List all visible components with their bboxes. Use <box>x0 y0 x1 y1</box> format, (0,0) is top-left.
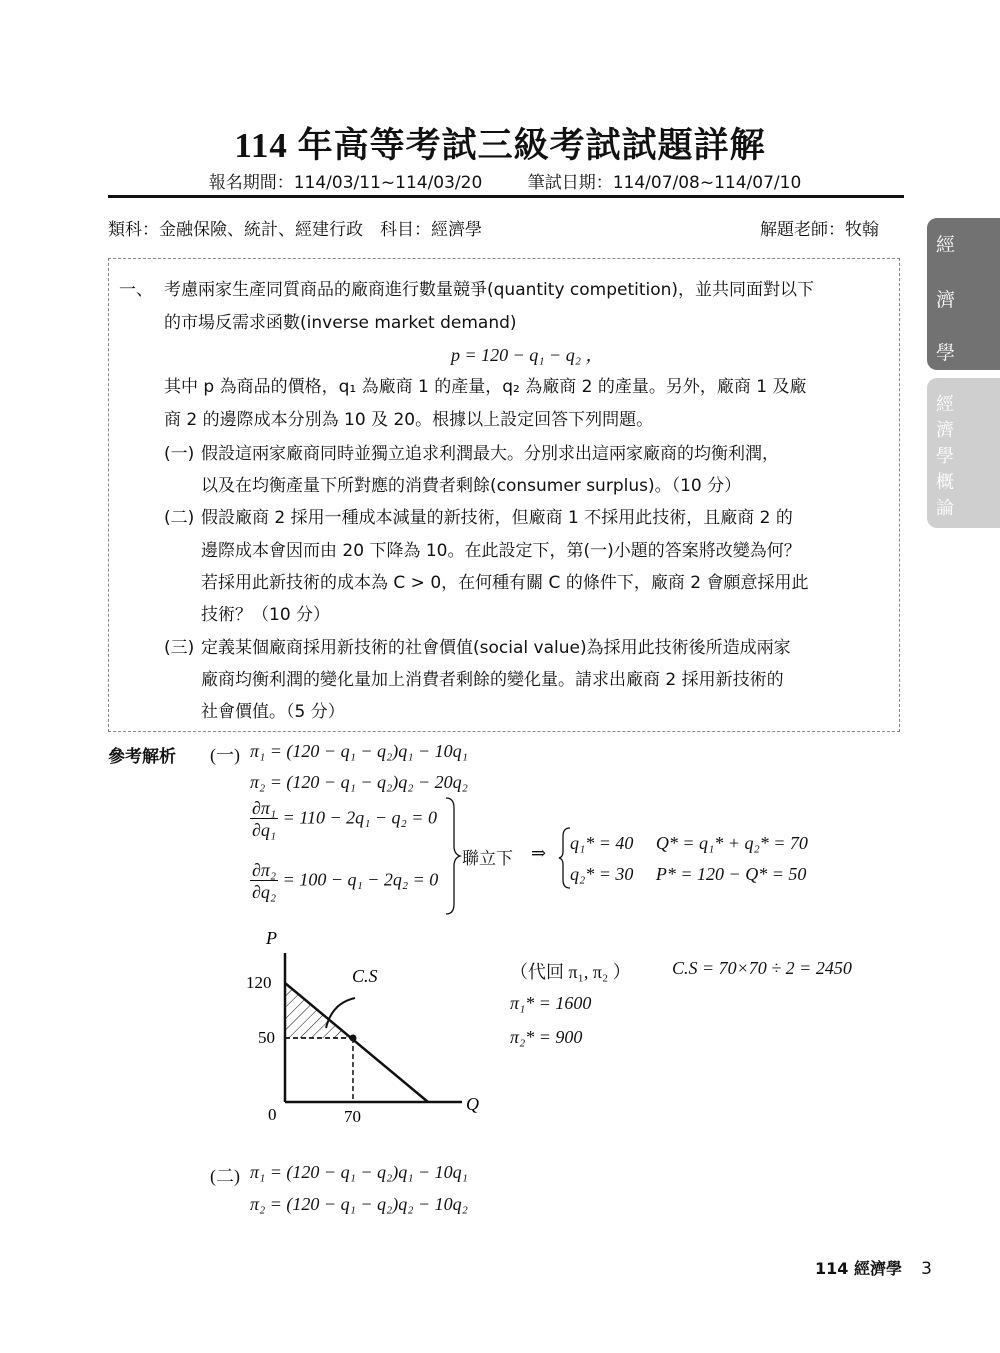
right-brace-icon <box>444 796 462 916</box>
part-text: 若採用此新技術的成本為 C > 0，在何種有關 C 的條件下，廠商 2 會願意採… <box>201 568 808 593</box>
part-text: 廠商均衡利潤的變化量加上消費者剩餘的變化量。請求出廠商 2 採用新技術的 <box>201 665 784 690</box>
cs-formula: C.S = 70×70 ÷ 2 = 2450 <box>672 958 852 979</box>
implies-arrow-icon: ⇒ <box>531 843 546 864</box>
equilibrium-result-1: q₁* = 40 Q* = q₁* + q₂* = 70 <box>570 829 808 855</box>
written-exam-dates: 筆試日期：114/07/08~114/07/10 <box>528 173 802 193</box>
profit-eq-2b: π₂ = (120 − q₁ − q₂)q₂ − 10q₂ <box>250 1194 468 1215</box>
foc-denominator: ∂q₁ <box>252 819 276 841</box>
substitute-note: （代回 π₁, π₂ ） <box>510 958 631 984</box>
part-label: (二) <box>210 1162 240 1188</box>
registration-period: 報名期間：114/03/11~114/03/20 <box>209 173 483 193</box>
tab-char: 論 <box>936 494 954 520</box>
x-axis-label: Q <box>466 1094 479 1114</box>
foc-2: ∂π₂∂q₂ = 100 − q₁ − 2q₂ = 0 <box>250 860 438 903</box>
question-desc: 商 2 的邊際成本分別為 10 及 20。根據以上設定回答下列問題。 <box>164 405 653 430</box>
solution-heading: 參考解析 <box>108 742 176 767</box>
part-label: (三) <box>164 633 194 658</box>
part-label: (一) <box>164 439 194 464</box>
part-text: 定義某個廠商採用新技術的社會價值(social value)為採用此技術後所造成… <box>201 633 791 658</box>
page-footer: 114 經濟學 3 <box>815 1256 932 1279</box>
y-axis-label: P <box>265 928 277 948</box>
profit-eq-1: π₁ = (120 − q₁ − q₂)q₁ − 10q₁ <box>250 741 468 762</box>
pi2-star: π₂* = 900 <box>510 1027 582 1048</box>
part-text: 邊際成本會因而由 20 下降為 10。在此設定下，第(一)小題的答案將改變為何？ <box>201 536 801 561</box>
question-box: 一、 考慮兩家生產同質商品的廠商進行數量競爭(quantity competit… <box>108 258 900 732</box>
y-tick-50: 50 <box>258 1028 275 1047</box>
part-label: (一) <box>210 741 240 767</box>
teacher: 解題老師：牧翰 <box>760 215 879 240</box>
question-desc: 其中 p 為商品的價格，q₁ 為廠商 1 的產量，q₂ 為廠商 2 的產量。另外… <box>164 372 807 397</box>
equilibrium-result-2: q₂* = 30 P* = 120 − Q* = 50 <box>570 860 806 886</box>
foc-denominator: ∂q₂ <box>252 881 276 903</box>
foc-numerator: ∂π₁ <box>250 798 278 819</box>
question-intro: 的市場反需求函數(inverse market demand) <box>164 308 517 333</box>
header-divider <box>108 195 904 198</box>
foc-rhs: = 100 − q₁ − 2q₂ = 0 <box>283 870 439 890</box>
y-tick-120: 120 <box>246 973 272 992</box>
side-tab-intro-economics[interactable]: 經 濟 學 概 論 <box>927 378 1000 528</box>
x-tick-70: 70 <box>344 1107 361 1126</box>
cs-annotation: C.S <box>352 966 378 986</box>
page-title: 114 年高等考試三級考試試題詳解 <box>0 118 1000 168</box>
question-intro: 考慮兩家生產同質商品的廠商進行數量競爭(quantity competition… <box>164 275 814 300</box>
part-text: 假設廠商 2 採用一種成本減量的新技術，但廠商 1 不採用此技術，且廠商 2 的 <box>201 503 793 528</box>
category-subject: 類科：金融保險、統計、經建行政 科目：經濟學 <box>108 215 482 240</box>
foc-numerator: ∂π₂ <box>250 860 278 881</box>
consumer-surplus-chart: P 120 50 0 70 Q C.S <box>240 928 500 1128</box>
part-text: 社會價值。（5 分） <box>201 697 345 722</box>
part-label: (二) <box>164 503 194 528</box>
tab-char: 概 <box>936 468 954 494</box>
foc-1: ∂π₁∂q₁ = 110 − 2q₁ − q₂ = 0 <box>250 798 437 841</box>
side-tab-economics[interactable]: 經 濟 學 <box>927 218 1000 370</box>
x-tick-0: 0 <box>268 1105 277 1124</box>
tab-char: 學 <box>936 338 955 365</box>
part-text: 以及在均衡產量下所對應的消費者剩餘(consumer surplus)。（10 … <box>201 471 741 496</box>
demand-equation: p = 120 − q₁ − q₂ ， <box>451 341 603 367</box>
tab-char: 濟 <box>936 285 955 312</box>
pi1-star: π₁* = 1600 <box>510 993 591 1014</box>
part-text: 假設這兩家廠商同時並獨立追求利潤最大。分別求出這兩家廠商的均衡利潤， <box>201 439 779 464</box>
part-text: 技術？（10 分） <box>201 600 330 625</box>
question-number: 一、 <box>119 275 153 300</box>
page-number: 3 <box>921 1259 932 1279</box>
profit-eq-2: π₂ = (120 − q₁ − q₂)q₂ − 20q₂ <box>250 772 468 793</box>
tab-char: 學 <box>936 442 954 468</box>
tab-char: 經 <box>936 230 955 257</box>
tab-char: 濟 <box>936 416 954 442</box>
book-title: 114 經濟學 <box>815 1259 902 1278</box>
simultaneous-label: 聯立下 <box>462 844 513 869</box>
foc-rhs: = 110 − 2q₁ − q₂ = 0 <box>283 808 437 828</box>
profit-eq-1b: π₁ = (120 − q₁ − q₂)q₁ − 10q₁ <box>250 1162 468 1183</box>
tab-char: 經 <box>936 390 954 416</box>
exam-dates: 報名期間：114/03/11~114/03/20 筆試日期：114/07/08~… <box>0 168 1000 193</box>
